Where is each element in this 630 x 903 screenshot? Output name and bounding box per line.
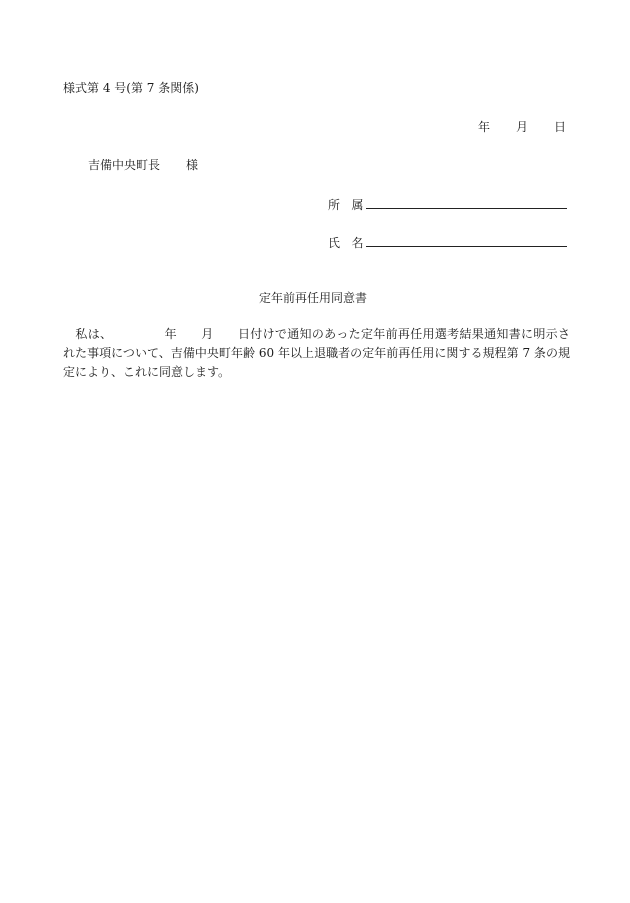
body-lead: 私は、 (75, 327, 112, 341)
body-year: 年 (164, 327, 177, 341)
name-field[interactable]: 氏 名 (328, 233, 567, 251)
addressee: 吉備中央町長様 (88, 157, 198, 173)
document-title: 定年前再任用同意書 (259, 290, 367, 306)
addressee-honorific: 様 (186, 158, 198, 172)
date-year: 年 (478, 119, 490, 135)
body-rest: 日付けで通知のあった定年前再任用選考結果通知書に明示された事項について、吉備中央… (63, 327, 570, 379)
date-day: 日 (554, 119, 566, 135)
addressee-name: 吉備中央町長 (88, 158, 160, 172)
date-month: 月 (516, 119, 528, 135)
name-blank-line[interactable] (366, 233, 567, 247)
affiliation-field[interactable]: 所 属 (328, 195, 567, 213)
affiliation-label: 所 属 (328, 197, 366, 213)
date-line: 年月日 (478, 119, 566, 135)
name-label: 氏 名 (328, 235, 366, 251)
consent-body: 私は、年月日付けで通知のあった定年前再任用選考結果通知書に明示された事項について… (63, 325, 570, 382)
body-month: 月 (201, 327, 214, 341)
affiliation-blank-line[interactable] (366, 195, 567, 209)
form-number: 様式第 4 号(第 7 条関係) (63, 80, 199, 96)
